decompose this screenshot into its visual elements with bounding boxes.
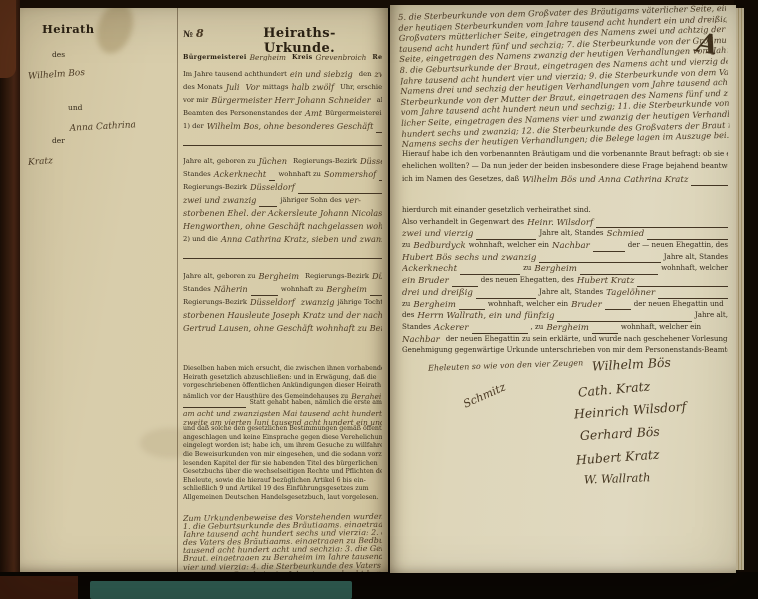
handwritten-text: Grevenbroich [316,53,367,61]
printed-text: Jahre alt, Standes [664,252,728,261]
text-line: 1) derWilhelm Bos, ohne besonderes Gesch… [183,120,382,133]
printed-text: ich im Namen des Gesetzes, daß [402,174,519,183]
photographed-marriage-register: Heirath des Wilhelm Bos und der Anna Cat… [0,0,758,599]
blank-underline [539,258,660,263]
printed-text: wohnhaft zu [281,285,323,293]
printed-text: eingelegt worden ist; habe ich, um ihrem… [183,442,382,449]
printed-label: Kreis [292,53,313,61]
blank-underline [376,128,382,133]
blank-underline [269,176,275,181]
handwritten-text: Düsseldorf [372,271,382,281]
text-line: zwei und zwanzigjähriger Sohn desver- [183,194,382,207]
text-line: des MonatsJuliVormittagshalb zwölfUhr, e… [183,81,382,94]
right-page: A 5. die Sterbeurkunde von dem Großvater… [390,5,736,573]
margin-bride-name-2: Kratz [28,148,168,168]
text-line: storbenen Hausleute Joseph Kratz und der… [183,309,382,322]
handwritten-text: zwei und vierzig [402,229,473,239]
margin-divider-rule [177,8,178,572]
text-line: schließlich 9 und Artikel 19 des Einführ… [183,485,382,494]
margin-groom-name: Wilhelm Bos [28,62,168,82]
printed-text: wohnhaft, welcher ein [469,240,549,249]
text-line: eingelegt worden ist; habe ich, um ihrem… [183,442,382,451]
handwritten-text: Bergheim [413,300,456,310]
blank-underline [459,305,485,310]
handwritten-text: drei und dreißig [402,288,473,298]
text-line: zuBedburdyckwohnhaft, welcher einNachbar… [402,240,728,252]
handwritten-text: Hubert Bös [402,253,452,263]
text-line: zweite am vierten Juni tausend acht hund… [183,417,382,426]
printed-text: Jahre alt, Standes [539,287,603,296]
blank-underline [183,141,382,146]
printed-text: jähriger Sohn des [280,196,341,204]
blank-underline [379,176,382,181]
printed-text: Dieselben haben mich ersucht, die zwisch… [183,365,382,372]
closing-handwritten-line: Eheleuten so wie von den vier Zeugen [428,358,583,372]
administrative-district-line: BürgermeistereiBergheimKreisGrevenbroich… [183,52,382,61]
text-line [183,133,382,146]
margin-word-des: des [52,50,168,59]
marriage-question-block: Hierauf habe ich den vorbenannten Bräuti… [402,149,728,186]
printed-text: wohnhaft, welcher ein [488,299,568,308]
handwritten-text: Hengworthen, ohne Geschäft nachgelassen … [183,221,382,231]
printed-text: der neuen Ehegattin und [634,299,724,308]
printed-text: Beamten des Personenstandes der [183,109,302,117]
handwritten-text: Gertrud Lausen, ohne Geschäft wohnhaft z… [183,323,382,333]
text-line [183,246,382,259]
printed-text: Eheleute, sowie die hierauf bezüglichen … [183,477,366,484]
printed-text: wohnhaft, welcher ein [621,322,701,331]
text-line: am acht und zwanzigsten Mai tausend acht… [183,408,382,417]
blank-underline [596,223,728,228]
handwritten-text: Amt [305,108,322,118]
handwritten-text: halb zwölf [292,82,335,92]
handwritten-text: Juli [226,82,240,92]
text-line: und daß solche den gesetzlichen Bestimmu… [183,425,382,434]
printed-text: , zu [531,322,544,331]
printed-label: Regierungs-Bezirk Düsseldorf. [372,53,382,61]
printed-text: Regierungs-Bezirk [183,298,247,306]
text-line: Beamten des Personenstandes derAmtBürger… [183,107,382,120]
printed-text: 2) und die [183,235,218,243]
printed-text: Bürgermeisterei [325,109,382,117]
groom-details-block: Jahre alt, geboren zuJüchenRegierungs-Be… [183,155,382,259]
text-line: Heirath gesetzlich abzuschließen: und in… [183,374,382,383]
handwritten-text: Düsseldorf [360,156,382,166]
text-line: Dieselben haben mich ersucht, die zwisch… [183,365,382,374]
book-cover-left-edge [0,0,20,599]
blank-underline [580,270,658,275]
printed-text: Regierungs-Bezirk [183,183,247,191]
handwritten-text: Nachbar [552,241,590,251]
page-edge-stack [736,8,744,570]
text-line: Im Jahre tausend achthundertein und sieb… [183,68,382,81]
handwritten-text: Tagelöhner [606,288,655,298]
blank-underline [183,254,382,259]
text-line: Allgemeinen Deutschen Handelsgesetzbuch,… [183,494,382,503]
handwritten-text: ein Bruder [402,276,449,286]
handwritten-text: Schmied [607,229,645,239]
record-number-label: № [183,30,193,40]
printed-text: als [377,96,382,104]
printed-text: Jahre alt, [695,310,728,319]
text-line: ehelichen wollten? — Da nun jeder der be… [402,161,728,173]
witnesses-block: hierdurch mit einander gesetzlich verhei… [402,205,728,357]
text-line: Regierungs-BezirkDüsseldorfzwanzigjährig… [183,296,382,309]
printed-text: Standes [183,170,211,178]
text-line: Gertrud Lausen, ohne Geschäft wohnhaft z… [183,322,382,335]
handwritten-documents-note: Zum Urkundenbeweise des Vorstehenden wur… [183,512,382,572]
text-line: hierdurch mit einander gesetzlich verhei… [402,205,728,217]
handwritten-text: am acht und zwanzigsten Mai tausend acht… [183,409,382,417]
handwritten-text: Bruder [571,300,602,310]
printed-text: des Monats [183,83,223,91]
printed-text: den [359,70,372,78]
handwritten-text: Hubert Kratz [577,276,635,286]
blank-underline [637,282,728,287]
printed-text: hierdurch mit einander gesetzlich verhei… [402,205,591,214]
printed-text: schließlich 9 und Artikel 19 des Einführ… [183,485,369,492]
blank-underline [605,305,631,310]
text-line: StandesAckerer, zuBergheimwohnhaft, welc… [402,322,728,334]
printed-text: der — neuen Ehegattin, des [628,240,728,249]
handwritten-text: zwanzigsten [374,69,382,79]
printed-text: vor mir [183,96,208,104]
registration-intro-block: Im Jahre tausend achthundertein und sieb… [183,68,382,146]
text-line: 2) und dieAnna Cathrina Kratz, sieben un… [183,233,382,246]
printed-text: der neuen Ehegattin zu sein erklärte, un… [446,334,728,343]
handwritten-text: storbenen Ehel. der Ackersleute Johann N… [183,208,382,218]
printed-text: Jahre alt, geboren zu [183,157,255,165]
margin-annotation-column: Heirath des Wilhelm Bos und der Anna Cat… [28,22,168,163]
handwritten-text: Bergheim [326,284,367,294]
signature-column: Wilhelm Bös Cath. Kratz Heinrich Wilsdor… [582,355,732,493]
text-line: BürgermeistereiBergheimKreisGrevenbroich… [183,52,382,61]
blank-underline [691,181,728,186]
handwritten-text: Düsseldorf [250,182,295,192]
printed-text: Gesetzbuchs über die wechselseitigen Rec… [183,468,382,475]
blank-underline [251,291,278,296]
printed-label: Bürgermeisterei [183,53,247,61]
registrar-signature: Schmitz [461,380,507,410]
handwritten-text: Anna Cathrina Kratz, sieben und zwanzig [221,234,382,244]
handwritten-text: Ackerer [434,323,469,333]
text-line: Eheleute, sowie die hierauf bezüglichen … [183,477,382,486]
handwritten-documents-continuation: 5. die Sterbeurkunde von dem Großvater d… [398,5,730,149]
text-line: vor mirBürgermeister Herr Johann Schneid… [183,94,382,107]
text-line: nämlich vor der Hausthüre des Gemeindeha… [183,391,382,400]
handwritten-text: Heinr. Wilsdorf [527,218,593,228]
handwritten-text: zwei und zwanzig [183,195,256,205]
margin-bride-name: Anna Cathrina [69,120,136,146]
text-line: angeschlagen und keine Einsprache gegen … [183,434,382,443]
handwritten-text: Jüchen [258,156,287,166]
printed-text: die Beweisurkunden von mir eingesehen, u… [183,451,382,458]
printed-text: Hierauf habe ich den vorbenannten Bräuti… [402,149,728,158]
handwritten-text: Bergheim [546,323,589,333]
record-number-value: 8 [196,27,204,40]
handwritten-text: Wilhelm Bos, ohne besonderes Geschäft [207,121,374,131]
handwritten-text: Bedburdyck [413,241,465,251]
printed-text: nämlich vor der Hausthüre des Gemeindeha… [183,393,348,400]
handwritten-text: ein und siebzig [290,69,353,79]
printed-text: Heirath gesetzlich abzuschließen: und in… [183,374,377,381]
bride-details-block: Jahre alt, geboren zuBergheimRegierungs-… [183,270,382,335]
text-line: Hubert Bössechs und zwanzigJahre alt, St… [402,252,728,264]
printed-text: Statt gehabt haben, nämlich die erste am [249,399,382,406]
printed-text: Allgemeinen Deutschen Handelsgesetzbuch,… [183,494,379,501]
text-line: StandesNäherinwohnhaft zuBergheim [183,283,382,296]
text-line: Hierauf habe ich den vorbenannten Bräuti… [402,149,728,161]
text-line: Also verhandelt in Gegenwart desHeinr. W… [402,217,728,229]
left-page: Heirath des Wilhelm Bos und der Anna Cat… [20,8,388,572]
text-line: Regierungs-BezirkDüsseldorf [183,181,382,194]
text-line: storbenen Ehel. der Ackersleute Johann N… [183,207,382,220]
blank-underline [452,282,478,287]
blank-underline [259,202,277,207]
printed-text: zu [523,263,531,272]
handwritten-text: sechs und zwanzig [455,253,537,263]
handwritten-text: ver- [345,195,361,205]
handwritten-text: zwanzig [301,297,335,307]
blank-underline [593,247,625,252]
printed-text: des neuen Ehegatten, des [481,275,574,284]
text-line: zuBergheimwohnhaft, welcher einBruderder… [402,299,728,311]
text-line: zwei und vierzigJahre alt, StandesSchmie… [402,228,728,240]
handwritten-text: Nachbar [402,335,440,345]
text-line: vorgeschriebenen öffentlichen Ankündigun… [183,382,382,391]
blank-underline [370,291,382,296]
text-line: ich im Namen des Gesetzes, daßWilhelm Bö… [402,174,728,186]
printed-text: jährige Tochter des [337,298,382,306]
text-line: ein Bruderdes neuen Ehegatten, desHubert… [402,275,728,287]
text-line: desHerrn Wallrath, ein und fünfzigJahre … [402,310,728,322]
printed-text: angeschlagen und keine Einsprache gegen … [183,434,382,441]
text-line: Gesetzbuchs über die wechselseitigen Rec… [183,468,382,477]
printed-text: Also verhandelt in Gegenwart des [402,217,524,226]
printed-text: mittags [263,83,289,91]
handwritten-text: Düsseldorf [250,297,295,307]
text-line: Jahre alt, geboren zuJüchenRegierungs-Be… [183,155,382,168]
printed-text: zu [402,299,410,308]
printed-text: Uhr, erschienen [340,83,382,91]
book-cover-corner [0,0,16,78]
handwritten-text: Wilhelm Bös und Anna Cathrina Kratz [522,175,688,185]
printed-text: zu [402,240,410,249]
printed-text: 1) der [183,122,204,130]
text-line: StandesAckerknechtwohnhaft zuSommershof [183,168,382,181]
printed-text: Genehmigung gegenwärtige Urkunde untersc… [402,345,728,354]
signature-witness-4: W. Wallrath [584,467,733,495]
text-line: Statt gehabt haben, nämlich die erste am [183,399,382,408]
handwritten-text: Herrn Wallrath, ein und fünfzig [417,311,554,321]
margin-word-und: und [68,103,168,112]
handwritten-text: Bergheim [258,271,299,281]
printed-text: Im Jahre tausend achthundert [183,70,287,78]
printed-text: ehelichen wollten? — Da nun jeder der be… [402,161,728,170]
text-line: die Beweisurkunden von mir eingesehen, u… [183,451,382,460]
handwritten-text: Ackerknecht [402,264,457,274]
handwritten-text: Bergheim [250,53,286,61]
table-surface [90,581,352,599]
legal-formula-block: Dieselben haben mich ersucht, die zwisch… [183,365,382,503]
handwritten-text: zweite am vierten Juni tausend acht hund… [183,418,382,426]
printed-text: Standes [402,322,431,331]
printed-text: wohnhaft, welcher [661,263,728,272]
record-number: № 8 [183,27,229,40]
handwritten-text: Vor [246,82,260,92]
text-line: lesenden Kapitel der für sie habenden Ti… [183,460,382,469]
text-line: Hengworthen, ohne Geschäft nachgelassen … [183,220,382,233]
text-line: Jahre alt, geboren zuBergheimRegierungs-… [183,270,382,283]
printed-text: Regierungs-Bezirk [305,272,369,280]
book-cover-bottom-left [0,576,78,599]
certificate-form: № 8 Heiraths-Urkunde. BürgermeistereiBer… [183,8,384,572]
printed-text: lesenden Kapitel der für sie habenden Ti… [183,460,378,467]
text-line: drei und dreißigJahre alt, StandesTagelö… [402,287,728,299]
blank-underline [183,403,246,408]
handwritten-text: Bergheim [351,392,382,400]
text-line: AckerknechtzuBergheimwohnhaft, welcher [402,263,728,275]
printed-text: Regierungs-Bezirk [293,157,357,165]
margin-word-der: der [52,136,65,145]
handwritten-text: Bergheim [534,264,577,274]
printed-text: Jahre alt, Standes [539,228,603,237]
printed-text: wohnhaft zu [278,170,320,178]
handwritten-text: Bürgermeister Herr Johann Schneider [211,95,370,105]
handwritten-text: storbenen Hausleute Joseph Kratz und der… [183,310,382,320]
handwritten-text: Sommershof [324,169,376,179]
blank-underline [298,189,382,194]
printed-text: und daß solche den gesetzlichen Bestimmu… [183,425,382,432]
printed-text: Standes [183,285,211,293]
text-line: Nachbarder neuen Ehegattin zu sein erklä… [402,334,728,346]
printed-text: des [402,310,414,319]
printed-text: vorgeschriebenen öffentlichen Ankündigun… [183,382,381,389]
handwritten-text: Näherin [214,284,248,294]
handwritten-text: Ackerknecht [214,169,266,179]
printed-text: Jahre alt, geboren zu [183,272,255,280]
margin-heading: Heirath [42,22,168,36]
